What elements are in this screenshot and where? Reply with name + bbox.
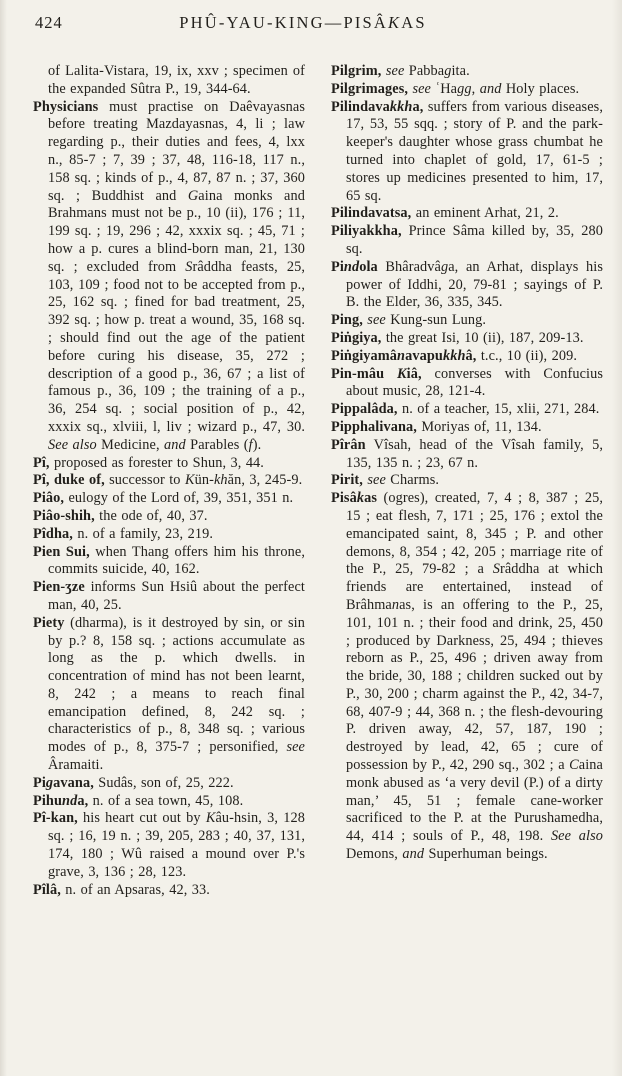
entry-headword: Ping, bbox=[331, 312, 363, 328]
index-entry: Pî-kan, his heart cut out by Kâu-hsin, 3… bbox=[33, 810, 305, 881]
index-entry: Pipphalivana, Moriyas of, 11, 134. bbox=[331, 419, 603, 437]
entry-headword: Physicians bbox=[33, 99, 98, 115]
header-gap bbox=[33, 37, 603, 63]
index-entry: Pî, duke of, successor to Kün-khăn, 3, 2… bbox=[33, 472, 305, 490]
entry-headword: Pirit, bbox=[331, 472, 363, 488]
entry-headword: Pilgrim, bbox=[331, 63, 381, 79]
index-entry: Physicians must practise on Daêvayasnas … bbox=[33, 99, 305, 455]
entry-headword: Pindola bbox=[331, 259, 378, 275]
entry-headword: Piâo, bbox=[33, 490, 64, 506]
index-entry: Pien-ʒze informs Sun Hsiû about the perf… bbox=[33, 579, 305, 615]
index-entry: Pin-mâu Kiâ, converses with Confucius ab… bbox=[331, 366, 603, 402]
entry-headword: Pigavana, bbox=[33, 775, 94, 791]
right-column: Pilgrim, see Pabbagita.Pilgrimages, see … bbox=[331, 63, 603, 899]
page-header-title: PHÛ-YAU-KING—PISÂKAS bbox=[33, 13, 573, 33]
index-entry: Pindola Bhâradvâga, an Arhat, displays h… bbox=[331, 259, 603, 312]
index-entry: Pîrân Vîsah, head of the Vîsah family, 5… bbox=[331, 437, 603, 473]
index-entry: Pîlâ, n. of an Apsaras, 42, 33. bbox=[33, 882, 305, 900]
entry-headword: Pipphalivana, bbox=[331, 419, 417, 435]
entry-headword: Pippalâda, bbox=[331, 401, 398, 417]
index-entry: Pilgrimages, see ʿHagg, and Holy places. bbox=[331, 81, 603, 99]
index-entry: Pisâkas (ogres), created, 7, 4 ; 8, 387 … bbox=[331, 490, 603, 864]
entry-headword: Pîdha, bbox=[33, 526, 73, 542]
entry-headword: Piṅgiya, bbox=[331, 330, 381, 346]
entry-headword: Pilgrimages, bbox=[331, 81, 408, 97]
index-entry: Ping, see Kung-sun Lung. bbox=[331, 312, 603, 330]
entry-headword: Pî-kan, bbox=[33, 810, 78, 826]
index-entry: Pî, proposed as forester to Shun, 3, 44. bbox=[33, 455, 305, 473]
index-entry: of Lalita-Vistara, 19, ix, xxv ; specime… bbox=[33, 63, 305, 99]
index-entry: Pien Sui, when Thang offers him his thro… bbox=[33, 544, 305, 580]
entry-headword: Pîrân bbox=[331, 437, 366, 453]
left-column: of Lalita-Vistara, 19, ix, xxv ; specime… bbox=[33, 63, 305, 899]
index-entry: Piety (dharma), is it destroyed by sin, … bbox=[33, 615, 305, 775]
entry-headword: Pî, duke of, bbox=[33, 472, 105, 488]
entry-headword: Pilindavakkha, bbox=[331, 99, 423, 115]
entry-headword: Pien Sui, bbox=[33, 544, 90, 560]
book-page: 424 PHÛ-YAU-KING—PISÂKAS of Lalita-Vista… bbox=[0, 0, 622, 1076]
index-entry: Piliyakkha, Prince Sâma killed by, 35, 2… bbox=[331, 223, 603, 259]
entry-headword: Pien-ʒze bbox=[33, 579, 85, 595]
index-entry: Pilindavakkha, suffers from various dise… bbox=[331, 99, 603, 206]
index-entry: Piṅgiyamânavapukkhâ, t.c., 10 (ii), 209. bbox=[331, 348, 603, 366]
entry-headword: Pisâkas bbox=[331, 490, 377, 506]
index-entry: Pirit, see Charms. bbox=[331, 472, 603, 490]
index-columns: of Lalita-Vistara, 19, ix, xxv ; specime… bbox=[33, 63, 603, 899]
entry-headword: Pilindavatsa, bbox=[331, 205, 411, 221]
entry-headword: Piṅgiyamânavapukkhâ, bbox=[331, 348, 476, 364]
entry-headword: Pin-mâu Kiâ, bbox=[331, 366, 422, 382]
index-entry: Pippalâda, n. of a teacher, 15, xlii, 27… bbox=[331, 401, 603, 419]
index-entry: Pigavana, Sudâs, son of, 25, 222. bbox=[33, 775, 305, 793]
entry-headword: Piety bbox=[33, 615, 64, 631]
entry-headword: Piâo-shih, bbox=[33, 508, 95, 524]
entry-headword: Pihunda, bbox=[33, 793, 88, 809]
index-entry: Pilgrim, see Pabbagita. bbox=[331, 63, 603, 81]
entry-headword: Pî, bbox=[33, 455, 50, 471]
running-head: 424 PHÛ-YAU-KING—PISÂKAS bbox=[33, 13, 603, 37]
index-entry: Piâo-shih, the ode of, 40, 37. bbox=[33, 508, 305, 526]
entry-headword: Pîlâ, bbox=[33, 882, 61, 898]
index-entry: Pilindavatsa, an eminent Arhat, 21, 2. bbox=[331, 205, 603, 223]
index-entry: Piṅgiya, the great Isi, 10 (ii), 187, 20… bbox=[331, 330, 603, 348]
entry-headword: Piliyakkha, bbox=[331, 223, 402, 239]
index-entry: Pihunda, n. of a sea town, 45, 108. bbox=[33, 793, 305, 811]
index-entry: Piâo, eulogy of the Lord of, 39, 351, 35… bbox=[33, 490, 305, 508]
index-entry: Pîdha, n. of a family, 23, 219. bbox=[33, 526, 305, 544]
